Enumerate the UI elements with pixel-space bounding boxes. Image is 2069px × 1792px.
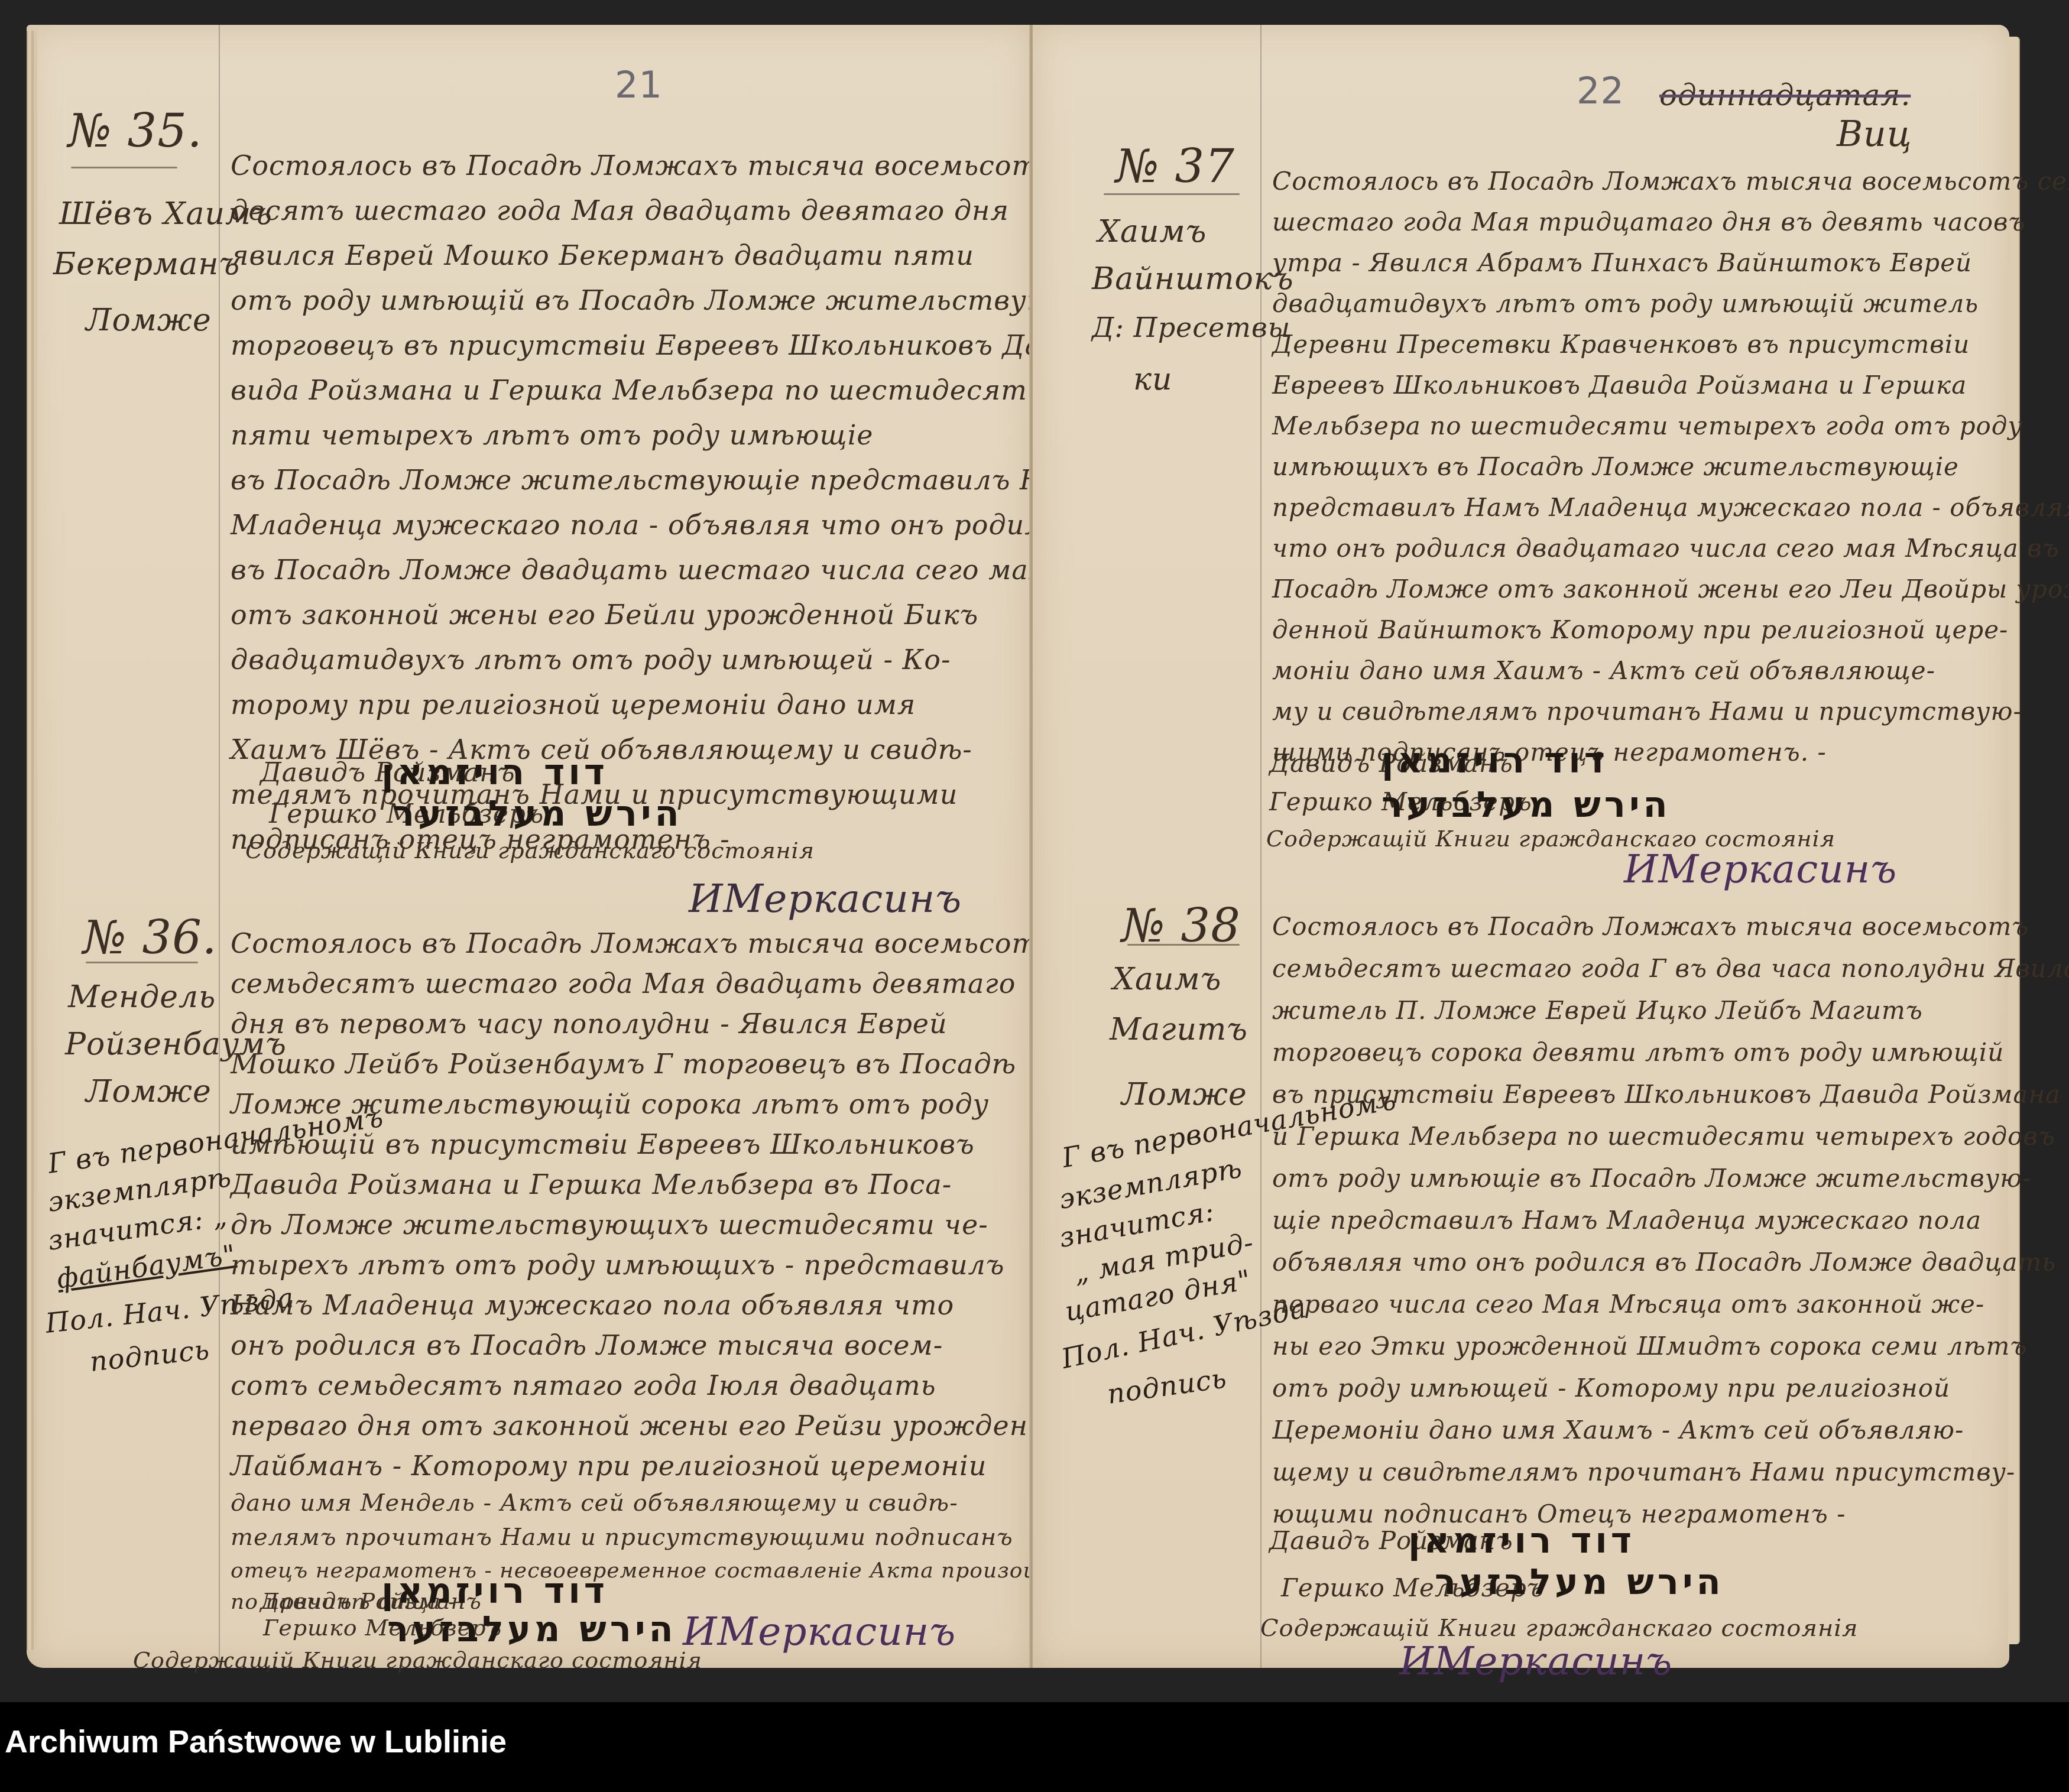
archive-footer-bar: Archiwum Państwowe w Lublinie — [0, 1702, 2069, 1792]
registrar-line: Содержащій Книги гражданскаго состоянія — [133, 1647, 702, 1673]
text-line: Мельбзера по шестидесяти четырехъ года о… — [1272, 405, 2005, 446]
record-text: Состоялось въ Посадѣ Ломжахъ тысяча восе… — [1272, 161, 2005, 772]
text-line: имѣющихъ въ Посадѣ Ломже жительствующіе — [1272, 446, 2005, 487]
text-line: сотъ семьдесятъ пятаго года Іюля двадцат… — [231, 1365, 1023, 1405]
place: Д: Пресетвы — [1092, 311, 1290, 343]
text-line: перваго дня отъ законной жены его Рейзи … — [231, 1405, 1023, 1446]
text-line: отъ роду имѣющей - Которому при религіоз… — [1272, 1367, 2005, 1409]
child-name: Хаимъ — [1113, 962, 1221, 997]
hebrew-signature: דוד רויזמאן — [1408, 1520, 1635, 1561]
place: Ломже — [1121, 1077, 1247, 1112]
place: Ломже — [86, 303, 212, 338]
text-line: Лайбманъ - Которому при религіозной цере… — [231, 1446, 1023, 1486]
registrar-signature: ИМеркасинъ — [1399, 1638, 1672, 1684]
text-line: ны его Этки урожденной Шмидтъ сорока сем… — [1272, 1325, 2005, 1367]
struck-word: одиннадцатая. — [1659, 78, 1911, 112]
text-line: отецъ неграмотенъ - несвоевременное сост… — [231, 1554, 1023, 1588]
registrar-line: Содержащій Книги гражданскаго состоянія — [245, 837, 815, 863]
text-line: денной Вайнштокъ Которому при религіозно… — [1272, 609, 2005, 650]
text-line: семьдесятъ шестаго года Мая двадцать дев… — [231, 963, 1023, 1004]
entry-number-underline — [86, 962, 198, 963]
note-line: подпись — [88, 1333, 211, 1378]
text-line: Мошко Лейбъ Ройзенбаумъ Г торговецъ въ П… — [231, 1044, 1023, 1084]
initials: Виц — [1837, 113, 1912, 155]
registrar-signature: ИМеркасинъ — [1624, 846, 1897, 892]
entry-number: № 36. — [83, 911, 218, 965]
page-edge — [2008, 37, 2020, 1644]
place: Ломже — [86, 1074, 212, 1109]
text-line: имѣющій въ присутствіи Евреевъ Школьнико… — [231, 1124, 1023, 1164]
right-page: 22 одиннадцатая. Виц № 37 Хаимъ Вайншток… — [1033, 25, 2009, 1668]
text-line: му и свидѣтелямъ прочитанъ Нами и присут… — [1272, 691, 2005, 732]
text-line: представилъ Намъ Младенца мужескаго пола… — [1272, 487, 2005, 528]
text-line: онъ родился въ Посадѣ Ломже тысяча восем… — [231, 1325, 1023, 1365]
hebrew-signature: הירש מעלבזער — [387, 1609, 677, 1650]
hebrew-signature: הירש מעלבזער — [1382, 784, 1671, 826]
text-line: дано имя Мендель - Актъ сей объявляющему… — [231, 1486, 1023, 1520]
text-line: въ Посадѣ Ломже двадцать шестаго числа с… — [231, 547, 1023, 592]
text-line: отъ роду имѣющіе въ Посадѣ Ломже жительс… — [1272, 1157, 2005, 1199]
page-number: 21 — [615, 63, 663, 106]
text-line: отъ законной жены его Бейли урожденной Б… — [231, 592, 1023, 637]
text-line: вида Ройзмана и Гершка Мельбзера по шест… — [231, 368, 1023, 413]
registrar-signature: ИМеркасинъ — [683, 1609, 956, 1654]
text-line: торговецъ въ присутствіи Евреевъ Школьни… — [231, 323, 1023, 368]
text-line: Состоялось въ Посадѣ Ломжахъ тысяча восе… — [1272, 161, 2005, 202]
text-line: телямъ прочитанъ Нами и присутствующими … — [231, 1520, 1023, 1554]
hebrew-signature: הירש מעלבזער — [1435, 1561, 1724, 1603]
surname: Бекерманъ — [53, 246, 240, 282]
text-line: Состоялось въ Посадѣ Ломжахъ тысяча восе… — [231, 143, 1023, 188]
note-line: подпись — [1105, 1362, 1228, 1410]
text-line: утра - Явился Абрамъ Пинхасъ Вайнштокъ Е… — [1272, 242, 2005, 283]
text-line: явился Еврей Мошко Бекерманъ двадцати пя… — [231, 233, 1023, 278]
text-line: щіе представилъ Намъ Младенца мужескаго … — [1272, 1199, 2005, 1241]
record-text: Состоялось въ Посадѣ Ломжахъ тысяча восе… — [1272, 905, 2005, 1535]
text-line: перваго числа сего Мая Мѣсяца отъ законн… — [1272, 1283, 2005, 1325]
text-line: что онъ родился двадцатаго числа сего ма… — [1272, 528, 2005, 569]
entry-number-underline — [71, 167, 177, 168]
hebrew-signature: דוד רויזמאן — [381, 1570, 608, 1612]
child-name: Мендель — [68, 979, 216, 1015]
registrar-signature: ИМеркасинъ — [689, 876, 962, 921]
text-line: двадцатидвухъ лѣтъ отъ роду имѣющей - Ко… — [231, 637, 1023, 682]
text-line: Ломже жительствующій сорока лѣтъ отъ род… — [231, 1084, 1023, 1124]
text-line: десятъ шестаго года Мая двадцать девятаг… — [231, 188, 1023, 233]
page-number: 22 — [1577, 69, 1624, 112]
text-line: торговецъ сорока девяти лѣтъ отъ роду им… — [1272, 1031, 2005, 1073]
text-line: Евреевъ Школьниковъ Давида Ройзмана и Ге… — [1272, 365, 2005, 405]
text-line: объявляя что онъ родился въ Посадѣ Ломже… — [1272, 1241, 2005, 1283]
child-name: Хаимъ — [1098, 214, 1207, 249]
entry-number: № 37 — [1115, 140, 1235, 193]
entry-number-underline — [1104, 193, 1240, 195]
record-text: Состоялось въ Посадѣ Ломжахъ тысяча восе… — [231, 143, 1023, 862]
text-line: Намъ Младенца мужескаго пола объявляя чт… — [231, 1285, 1023, 1325]
text-line: двадцатидвухъ лѣтъ отъ роду имѣющій жите… — [1272, 283, 2005, 324]
text-line: моніи дано имя Хаимъ - Актъ сей объявляю… — [1272, 650, 2005, 691]
text-line: тырехъ лѣтъ отъ роду имѣющихъ - представ… — [231, 1245, 1023, 1285]
text-line: отъ роду имѣющій въ Посадѣ Ломже жительс… — [231, 278, 1023, 323]
hebrew-signature: דוד רויזמאן — [381, 752, 608, 793]
archive-label: Archiwum Państwowe w Lublinie — [5, 1723, 507, 1760]
text-line: дѣ Ломже жительствующихъ шестидесяти че- — [231, 1205, 1023, 1245]
text-line: семьдесятъ шестаго года Г въ два часа по… — [1272, 947, 2005, 989]
open-register-book: 21 № 35. Шёвъ Хаимъ Бекерманъ Ломже Сост… — [27, 25, 2042, 1674]
place-continued: ки — [1133, 362, 1173, 397]
text-line: Давида Ройзмана и Гершка Мельбзера въ По… — [231, 1164, 1023, 1205]
surname: Магитъ — [1110, 1012, 1248, 1047]
hebrew-signature: דוד רויזמאן — [1382, 740, 1608, 781]
entry-number-underline — [1127, 944, 1240, 946]
text-line: дня въ первомъ часу пополудни - Явился Е… — [231, 1004, 1023, 1044]
surname: Вайнштокъ — [1092, 261, 1294, 297]
text-line: Состоялось въ Посадѣ Ломжахъ тысяча восе… — [231, 923, 1023, 963]
text-line: Деревни Пресетвки Кравченковъ въ присутс… — [1272, 324, 2005, 365]
text-line: Церемоніи дано имя Хаимъ - Актъ сей объя… — [1272, 1409, 2005, 1451]
record-text: Состоялось въ Посадѣ Ломжахъ тысяча восе… — [231, 923, 1023, 1617]
text-line: въ Посадѣ Ломже жительствующіе представи… — [231, 457, 1023, 502]
hebrew-signature: הירש מעלבזער — [393, 793, 683, 835]
text-line: Посадѣ Ломже отъ законной жены его Леи Д… — [1272, 569, 2005, 609]
left-page: 21 № 35. Шёвъ Хаимъ Бекерманъ Ломже Сост… — [27, 25, 1030, 1668]
text-line: житель П. Ломже Еврей Ицко Лейбъ Магитъ — [1272, 989, 2005, 1031]
text-line: Состоялось въ Посадѣ Ломжахъ тысяча восе… — [1272, 905, 2005, 947]
text-line: пяти четырехъ лѣтъ отъ роду имѣющіе — [231, 413, 1023, 457]
text-line: и Гершка Мельбзера по шестидесяти четыре… — [1272, 1115, 2005, 1157]
text-line: въ присутствіи Евреевъ Школьниковъ Давид… — [1272, 1073, 2005, 1115]
page-edge-stack — [27, 31, 42, 1650]
entry-number: № 35. — [68, 105, 203, 158]
text-line: Младенца мужескаго пола - объявляя что о… — [231, 502, 1023, 547]
text-line: торому при религіозной церемоніи дано им… — [231, 682, 1023, 727]
text-line: шестаго года Мая тридцатаго дня въ девят… — [1272, 202, 2005, 242]
text-line: щему и свидѣтелямъ прочитанъ Нами присут… — [1272, 1451, 2005, 1493]
